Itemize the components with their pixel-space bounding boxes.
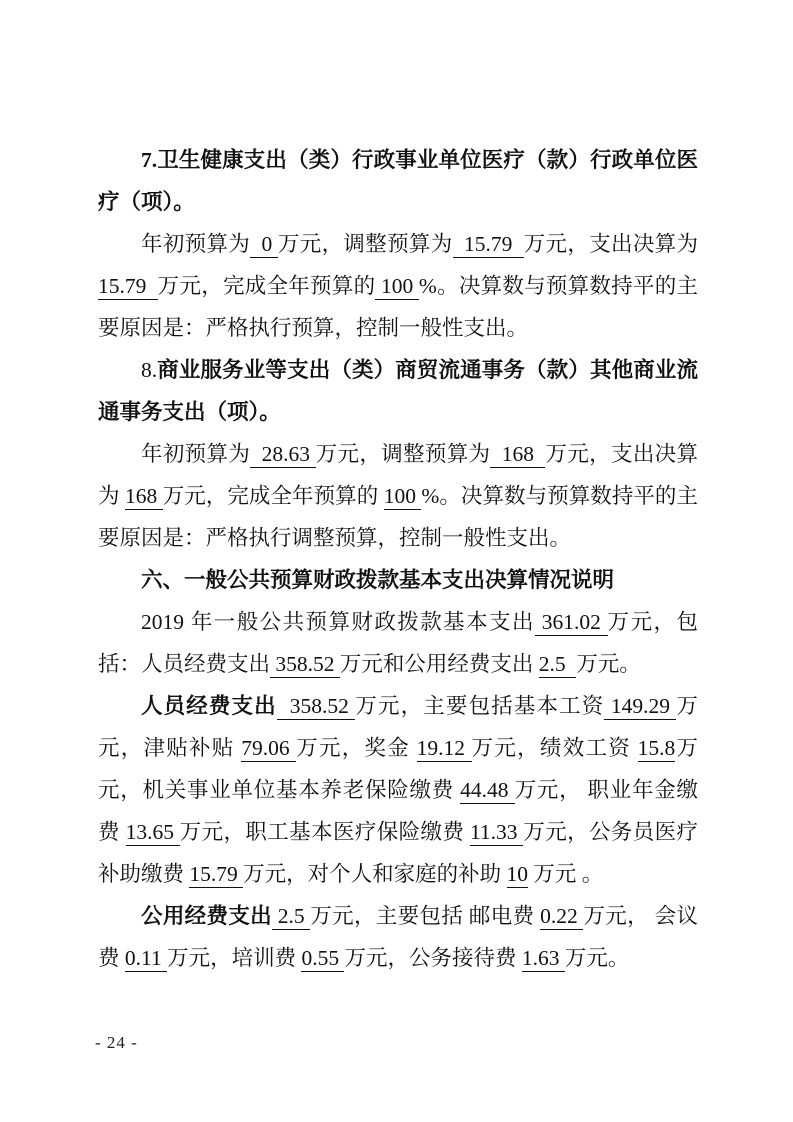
underlined-value: 44.48 [460, 778, 515, 804]
text-run: 万元，培训费 [167, 946, 301, 970]
underlined-value: 15.8 [638, 736, 676, 762]
underlined-value: 100 [375, 274, 419, 300]
text-run: 万元，调整预算为 [316, 442, 491, 466]
underlined-value: 13.65 [126, 820, 180, 846]
text-run: 万元 。 [528, 862, 603, 886]
text-run: 年初预算为 [141, 442, 250, 466]
text-run: 2019 年一般公共预算财政拨款基本支出 [141, 610, 535, 634]
underlined-value: 19.12 [417, 736, 472, 762]
underlined-value: 28.63 [250, 442, 316, 468]
text-run: 8. [141, 358, 157, 382]
underlined-value: 168 [490, 442, 545, 468]
text-run: 公用经费支出 [141, 904, 272, 928]
underlined-value: 11.33 [470, 820, 523, 846]
underlined-value: 2.5 [539, 652, 577, 678]
underlined-value: 361.02 [535, 610, 608, 636]
underlined-value: 1.63 [522, 946, 565, 972]
heading-section-8: 8.商业服务业等支出（类）商贸流通事务（款）其他商业流通事务支出（项）。 [98, 349, 698, 433]
text-run: 年初预算为 [141, 232, 250, 256]
underlined-value: 15.79 [189, 862, 243, 888]
underlined-value: 2.5 [272, 904, 310, 930]
underlined-value: 0.11 [125, 946, 167, 972]
underlined-value: 15.79 [453, 232, 524, 258]
text-run: 万元，绩效工资 [472, 736, 638, 760]
underlined-value: 149.29 [604, 694, 676, 720]
text-run: 万元，支出决算为 [524, 232, 698, 256]
text-run: 人员经费支出 [141, 694, 277, 718]
text-run: 六、一般公共预算财政拨款基本支出决算情况说明 [141, 568, 614, 592]
para-public-expense: 公用经费支出 2.5 万元，主要包括 邮电费 0.22 万元， 会议费 0.11… [98, 895, 698, 979]
text-run: 万元，职工基本医疗保险缴费 [180, 820, 470, 844]
text-run: 万元和公用经费支出 [340, 652, 539, 676]
text-run: 万元。 [565, 946, 630, 970]
underlined-value: 0 [250, 232, 278, 258]
text-run: 万元，公务接待费 [344, 946, 521, 970]
text-run: 万元，奖金 [296, 736, 416, 760]
text-run: 7.卫生健康支出（类）行政事业单位医疗（款）行政单位医疗（项）。 [98, 148, 698, 214]
document-body: 7.卫生健康支出（类）行政事业单位医疗（款）行政单位医疗（项）。年初预算为 0 … [98, 139, 698, 979]
underlined-value: 168 [125, 484, 163, 510]
underlined-value: 358.52 [277, 694, 356, 720]
para-personnel-expense: 人员经费支出 358.52 万元，主要包括基本工资 149.29 万元，津贴补贴… [98, 685, 698, 895]
page-number: - 24 - [95, 1031, 138, 1055]
text-run: 万元，调整预算为 [278, 232, 453, 256]
text-run: 商业服务业等支出（类）商贸流通事务（款）其他商业流通事务支出（项）。 [98, 358, 698, 424]
text-run: 万元，主要包括基本工资 [355, 694, 604, 718]
heading-section-7: 7.卫生健康支出（类）行政事业单位医疗（款）行政单位医疗（项）。 [98, 139, 698, 223]
underlined-value: 0.22 [540, 904, 583, 930]
underlined-value: 358.52 [270, 652, 340, 678]
text-run: 万元。 [576, 652, 641, 676]
text-run: 万元，完成全年预算的 [163, 484, 384, 508]
underlined-value: 79.06 [241, 736, 296, 762]
para-section-7: 年初预算为 0 万元，调整预算为 15.79 万元，支出决算为 15.79 万元… [98, 223, 698, 349]
underlined-value: 10 [507, 862, 529, 888]
para-section-8: 年初预算为 28.63 万元，调整预算为 168 万元，支出决算为 168 万元… [98, 433, 698, 559]
para-section-6-overview: 2019 年一般公共预算财政拨款基本支出 361.02 万元，包括：人员经费支出… [98, 601, 698, 685]
heading-section-6: 六、一般公共预算财政拨款基本支出决算情况说明 [98, 559, 698, 601]
document-page: 7.卫生健康支出（类）行政事业单位医疗（款）行政单位医疗（项）。年初预算为 0 … [0, 0, 793, 1122]
underlined-value: 100 [384, 484, 422, 510]
underlined-value: 0.55 [301, 946, 344, 972]
text-run: 万元，对个人和家庭的补助 [243, 862, 506, 886]
underlined-value: 15.79 [98, 274, 158, 300]
text-run: 万元，主要包括 邮电费 [310, 904, 540, 928]
text-run: 万元，完成全年预算的 [158, 274, 376, 298]
